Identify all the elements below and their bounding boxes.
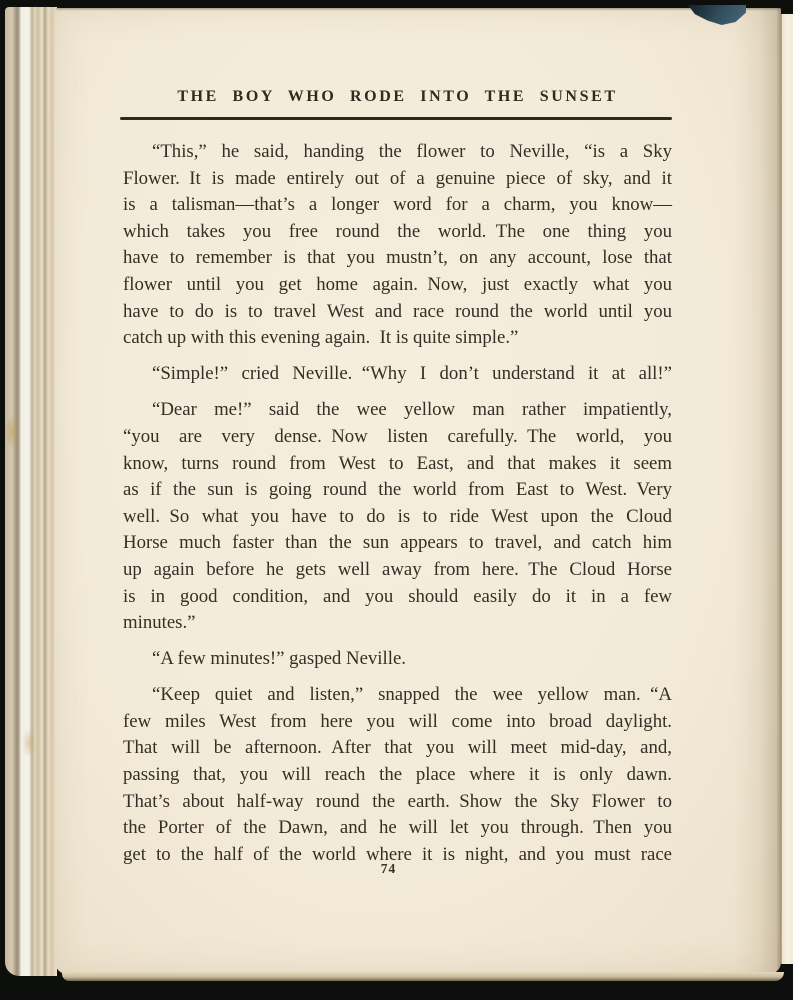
text-line: the Porter of the Dawn, and he will let … — [123, 815, 672, 842]
paragraph: “Simple!” cried Neville. “Why I don’t un… — [123, 361, 672, 388]
text-line: flower until you get home again. Now, ju… — [123, 272, 672, 299]
text-line: catch up with this evening again. It is … — [123, 325, 672, 352]
paragraph: “Keep quiet and listen,” snapped the wee… — [123, 682, 672, 868]
text-line: “A few minutes!” gasped Neville. — [123, 646, 672, 673]
next-page-edge — [781, 14, 793, 964]
text-line: as if the sun is going round the world f… — [123, 477, 672, 504]
text-line: minutes.” — [123, 610, 672, 637]
text-line: know, turns round from West to East, and… — [123, 451, 672, 478]
text-line: “you are very dense. Now listen carefull… — [123, 424, 672, 451]
gutter-shadow — [733, 8, 781, 974]
text-line: “This,” he said, handing the flower to N… — [123, 139, 672, 166]
text-line: is in good condition, and you should eas… — [123, 584, 672, 611]
running-head: THE BOY WHO RODE INTO THE SUNSET — [123, 88, 672, 106]
text-line: That’s about half-way round the earth. S… — [123, 789, 672, 816]
text-line: have to do is to travel West and race ro… — [123, 299, 672, 326]
text-line: have to remember is that you mustn’t, on… — [123, 245, 672, 272]
page-number: 74 — [114, 861, 663, 877]
text-line: Horse much faster than the sun appears t… — [123, 530, 672, 557]
paragraph: “Dear me!” said the wee yellow man rathe… — [123, 397, 672, 636]
text-line: which takes you free round the world. Th… — [123, 219, 672, 246]
book-photo: THE BOY WHO RODE INTO THE SUNSET “This,”… — [0, 0, 793, 1000]
text-line: Flower. It is made entirely out of a gen… — [123, 166, 672, 193]
text-line: “Dear me!” said the wee yellow man rathe… — [123, 397, 672, 424]
text-line: “Simple!” cried Neville. “Why I don’t un… — [123, 361, 672, 388]
text-line: up again before he gets well away from h… — [123, 557, 672, 584]
paragraph: “This,” he said, handing the flower to N… — [123, 139, 672, 352]
text-line: That will be afternoon. After that you w… — [123, 735, 672, 762]
page-stack-left-edges — [5, 7, 57, 976]
text-line: well. So what you have to do is to ride … — [123, 504, 672, 531]
page-bottom-edge — [62, 972, 784, 981]
paragraph: “A few minutes!” gasped Neville. — [123, 646, 672, 673]
text-line: is a talisman—that’s a longer word for a… — [123, 192, 672, 219]
text-line: “Keep quiet and listen,” snapped the wee… — [123, 682, 672, 709]
head-rule — [120, 117, 672, 120]
text-block: “This,” he said, handing the flower to N… — [123, 139, 672, 868]
text-line: few miles West from here you will come i… — [123, 709, 672, 736]
text-line: passing that, you will reach the place w… — [123, 762, 672, 789]
